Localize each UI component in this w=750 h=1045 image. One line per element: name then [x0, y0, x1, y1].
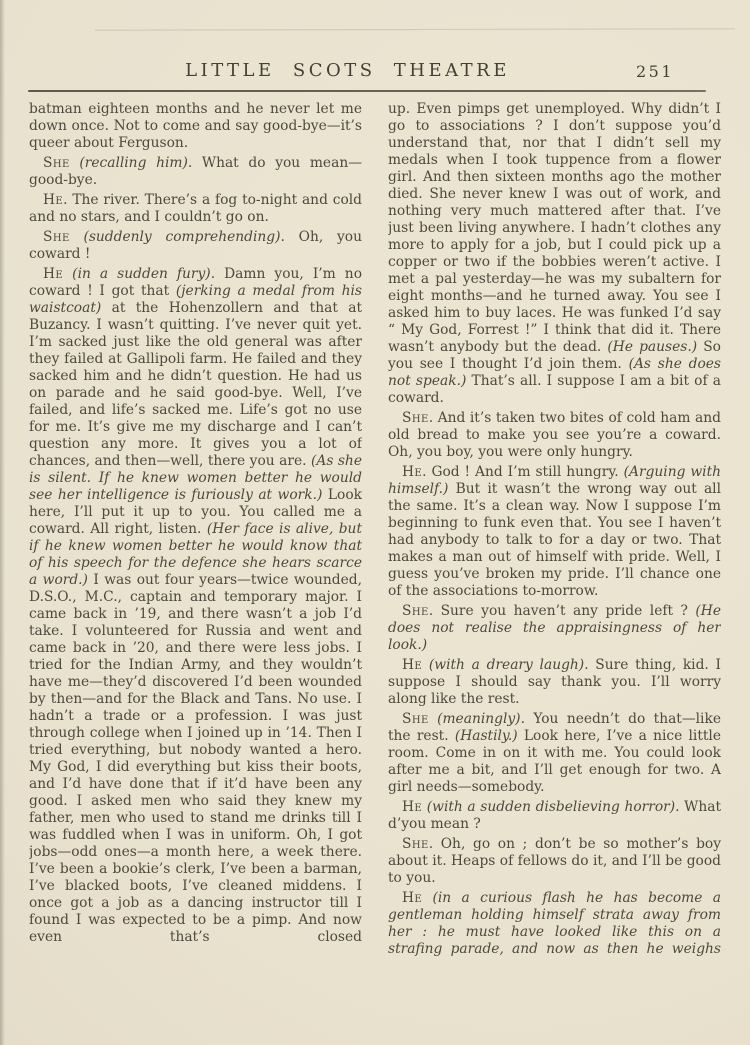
- dialogue-text: batman eighteen months and he never let …: [29, 101, 362, 151]
- dialogue-text: . Oh, go on ; don’t be so mother’s boy a…: [388, 836, 721, 886]
- column-left: batman eighteen months and he never let …: [29, 101, 362, 959]
- dialogue-text: . God ! And I’m still hungry.: [422, 464, 623, 480]
- scan-artifact-line: [95, 28, 735, 30]
- column-right: up. Even pimps get unemployed. Why didn’…: [388, 101, 721, 959]
- play-text-paragraph: She (recalling him). What do you mean—go…: [29, 155, 362, 189]
- play-text-paragraph: She (meaningly). You needn’t do that—lik…: [388, 711, 721, 796]
- stage-direction: (in a curious flash he has become a gent…: [388, 890, 721, 957]
- stage-direction: (in a sudden fury): [63, 266, 211, 282]
- dialogue-text: up. Even pimps get unemployed. Why didn’…: [388, 101, 721, 355]
- speaker-name: He: [402, 464, 422, 480]
- speaker-name: She: [43, 229, 70, 245]
- stage-direction: (He pauses.): [607, 339, 697, 355]
- play-text-paragraph: He. God ! And I’m still hungry. (Arguing…: [388, 464, 721, 600]
- stage-direction: (with a sudden disbelieving horror): [422, 799, 675, 815]
- play-text-paragraph: up. Even pimps get unemployed. Why didn’…: [388, 101, 721, 407]
- play-text-paragraph: He (with a sudden disbelieving horror). …: [388, 799, 721, 833]
- play-text-paragraph: He (with a dreary laugh). Sure thing, ki…: [388, 657, 721, 708]
- speaker-name: She: [402, 410, 429, 426]
- play-text-paragraph: She. Oh, go on ; don’t be so mother’s bo…: [388, 836, 721, 887]
- play-text-paragraph: He (in a sudden fury). Damn you, I’m no …: [29, 266, 362, 946]
- header-rule: [28, 90, 706, 92]
- speaker-name: He: [402, 799, 422, 815]
- text-columns: batman eighteen months and he never let …: [29, 101, 721, 959]
- stage-direction: (with a dreary laugh): [422, 657, 584, 673]
- speaker-name: He: [402, 890, 422, 906]
- play-text-paragraph: He (in a curious flash he has become a g…: [388, 890, 721, 958]
- dialogue-text: . And it’s taken two bites of cold ham a…: [388, 410, 721, 460]
- play-text-paragraph: She (suddenly comprehending). Oh, you co…: [29, 229, 362, 263]
- play-text-paragraph: She. Sure you haven’t any pride left ? (…: [388, 603, 721, 654]
- speaker-name: He: [43, 266, 63, 282]
- page-header: LITTLE SCOTS THEATRE 251: [29, 60, 721, 86]
- stage-direction: (meaningly): [429, 711, 521, 727]
- play-text-paragraph: batman eighteen months and he never let …: [29, 101, 362, 152]
- stage-direction: (Hastily.): [455, 728, 518, 744]
- play-text-paragraph: He. The river. There’s a fog to-night an…: [29, 192, 362, 226]
- dialogue-text: at the Hohenzollern and that at Buzancy.…: [29, 300, 362, 469]
- speaker-name: She: [43, 155, 70, 171]
- dialogue-text: . The river. There’s a fog to-night and …: [29, 192, 362, 225]
- speaker-name: He: [402, 657, 422, 673]
- dialogue-text: . Sure you haven’t any pride left ?: [429, 603, 696, 619]
- stage-direction: (suddenly comprehending): [70, 229, 281, 245]
- running-title: LITTLE SCOTS THEATRE: [29, 60, 666, 81]
- scanned-book-page: LITTLE SCOTS THEATRE 251 batman eighteen…: [0, 0, 750, 1045]
- page-number: 251: [636, 62, 674, 81]
- play-text-paragraph: She. And it’s taken two bites of cold ha…: [388, 410, 721, 461]
- dialogue-text: I was out four years—twice wounded, D.S.…: [29, 572, 362, 945]
- stage-direction: (recalling him): [70, 155, 188, 171]
- speaker-name: She: [402, 603, 429, 619]
- speaker-name: He: [43, 192, 63, 208]
- speaker-name: She: [402, 836, 429, 852]
- speaker-name: She: [402, 711, 429, 727]
- dialogue-text: But it wasn’t the wrong way out all the …: [388, 481, 721, 599]
